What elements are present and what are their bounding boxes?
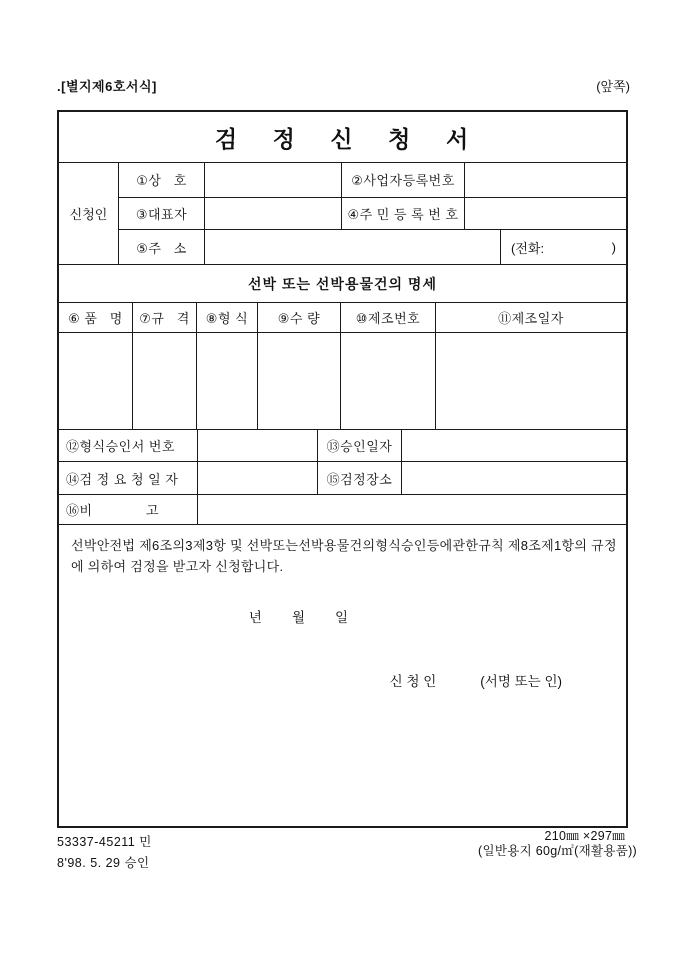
applicant-row-address: ⑤주 소 (전화: )	[119, 230, 626, 264]
item-serial-field	[341, 333, 436, 429]
remarks-field	[198, 495, 626, 524]
signature-applicant-label: 신 청 인	[390, 670, 437, 690]
item-quantity-field	[258, 333, 341, 429]
type-approval-number-label: ⑫형식승인서 번호	[59, 430, 198, 461]
item-type-column-header: ⑧형 식	[197, 303, 258, 332]
items-header-row: ⑥ 품 명 ⑦규 격 ⑧형 식 ⑨수 량 ⑩제조번호 ⑪제조일자	[59, 303, 626, 333]
inspection-request-row: ⑭검 정 요 청 일 자 ⑮검정장소	[59, 462, 626, 495]
phone-field: (전화: )	[501, 230, 626, 264]
applicant-row-representative: ③대표자 ④주 민 등 록 번 호	[119, 198, 626, 231]
inspection-place-label: ⑮검정장소	[318, 462, 402, 494]
phone-close-label: )	[612, 240, 616, 255]
item-name-column-header: ⑥ 품 명	[59, 303, 133, 332]
declaration-text: 선박안전법 제6조의3제3항 및 선박또는선박용물건의형식승인등에관한규칙 제8…	[59, 525, 626, 578]
footer-right: 210㎜ ×297㎜ (일반용지 60g/㎡(재활용품))	[478, 829, 637, 859]
representative-field	[205, 198, 342, 230]
item-spec-field	[133, 333, 197, 429]
address-label: ⑤주 소	[119, 230, 205, 264]
page-side-label: (앞쪽)	[596, 76, 630, 95]
resident-reg-number-field	[465, 198, 626, 230]
inspection-request-date-label: ⑭검 정 요 청 일 자	[59, 462, 198, 494]
item-mfg-date-field	[436, 333, 626, 429]
company-name-label: ①상 호	[119, 163, 205, 197]
date-line-text: 년 월 일	[249, 610, 348, 625]
form-control-number: 53337-45211 민	[57, 832, 152, 853]
paper-type-note: (일반용지 60g/㎡(재활용품))	[478, 844, 637, 859]
items-body-row	[59, 333, 626, 430]
applicant-row-company: ①상 호 ②사업자등록번호	[119, 163, 626, 198]
declaration-area: 선박안전법 제6조의3제3항 및 선박또는선박용물건의형식승인등에관한규칙 제8…	[59, 525, 626, 826]
application-form-table: 검 정 신 청 서 신청인 ①상 호 ②사업자등록번호 ③대표자 ④주 민 등 …	[57, 110, 628, 828]
business-reg-number-field	[465, 163, 626, 197]
inspection-place-field	[402, 462, 626, 494]
form-page: .[별지제6호서식] (앞쪽) 검 정 신 청 서 신청인 ①상 호 ②사업자등…	[0, 0, 680, 962]
item-type-field	[197, 333, 258, 429]
approval-date-label: ⑬승인일자	[318, 430, 402, 461]
applicant-rows: ①상 호 ②사업자등록번호 ③대표자 ④주 민 등 록 번 호 ⑤주 소 (전화…	[119, 163, 626, 264]
signature-seal-note: (서명 또는 인)	[480, 670, 562, 690]
page-header: .[별지제6호서식] (앞쪽)	[57, 76, 630, 95]
form-title-row: 검 정 신 청 서	[59, 112, 626, 163]
phone-open-label: (전화:	[511, 238, 544, 257]
address-field	[205, 230, 501, 264]
declaration-line-2: 에 의하여 검정을 받고자 신청합니다.	[71, 557, 618, 578]
item-mfg-date-column-header: ⑪제조일자	[436, 303, 626, 332]
paper-size-note: 210㎜ ×297㎜	[478, 829, 637, 844]
company-name-field	[205, 163, 342, 197]
declaration-line-1: 선박안전법 제6조의3제3항 및 선박또는선박용물건의형식승인등에관한규칙 제8…	[71, 536, 618, 557]
item-spec-column-header: ⑦규 격	[133, 303, 197, 332]
type-approval-number-field	[198, 430, 318, 461]
form-code-label: .[별지제6호서식]	[57, 76, 157, 95]
applicant-section: 신청인 ①상 호 ②사업자등록번호 ③대표자 ④주 민 등 록 번 호 ⑤주 소	[59, 163, 626, 265]
representative-label: ③대표자	[119, 198, 205, 230]
applicant-group-label: 신청인	[59, 163, 119, 264]
type-approval-row: ⑫형식승인서 번호 ⑬승인일자	[59, 430, 626, 462]
approval-date-field	[402, 430, 626, 461]
remarks-label: ⑯비 고	[59, 495, 198, 524]
remarks-row: ⑯비 고	[59, 495, 626, 525]
resident-reg-number-label: ④주 민 등 록 번 호	[342, 198, 465, 230]
item-name-field	[59, 333, 133, 429]
form-title: 검 정 신 청 서	[215, 121, 470, 154]
form-approval-date: 8'98. 5. 29 승인	[57, 853, 152, 874]
footer-left: 53337-45211 민 8'98. 5. 29 승인	[57, 832, 152, 875]
inspection-request-date-field	[198, 462, 318, 494]
signature-line: 신 청 인 (서명 또는 인)	[59, 670, 626, 690]
items-section-title: 선박 또는 선박용물건의 명세	[59, 265, 626, 303]
item-serial-column-header: ⑩제조번호	[341, 303, 436, 332]
date-line: 년 월 일	[59, 606, 626, 626]
item-quantity-column-header: ⑨수 량	[258, 303, 341, 332]
business-reg-number-label: ②사업자등록번호	[342, 163, 465, 197]
